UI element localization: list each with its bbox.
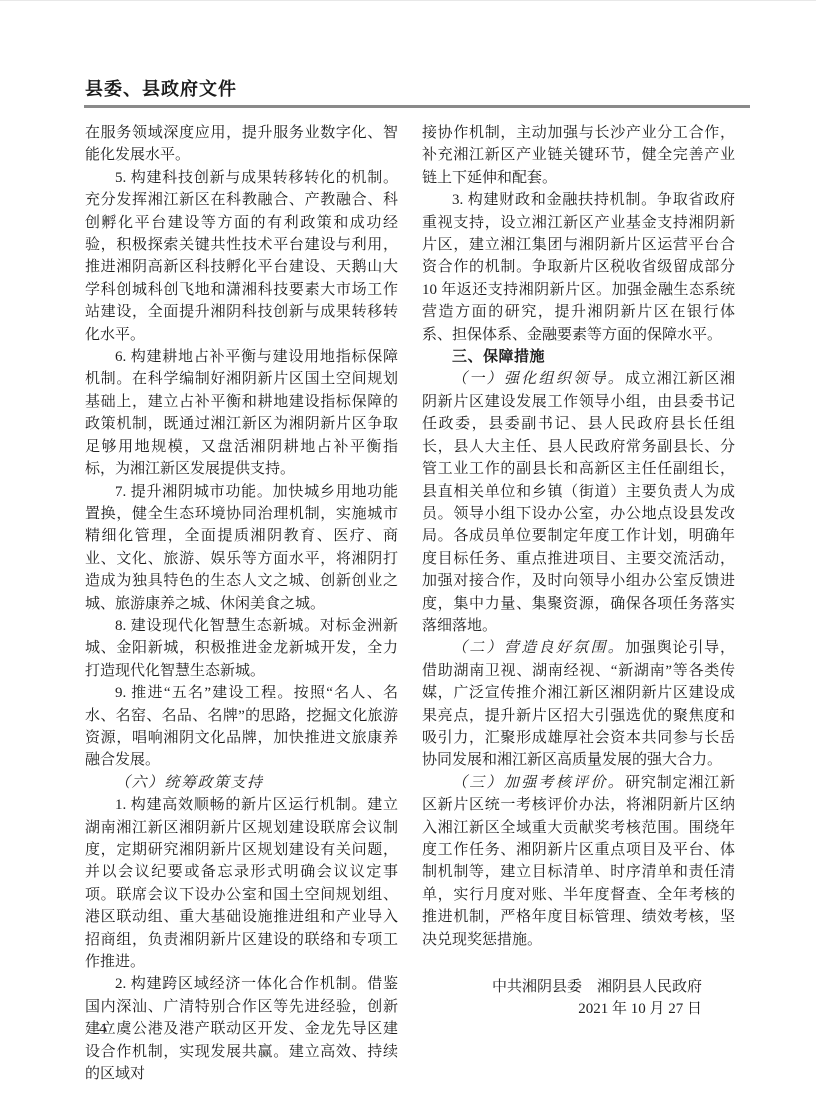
two-column-body: 在服务领域深度应用，提升服务业数字化、智能化发展水平。 5. 构建科技创新与成果… — [85, 122, 735, 1085]
paragraph: 9. 推进“五名”建设工程。按照“名人、名水、名窑、名品、名牌”的思路，挖掘文化… — [85, 682, 398, 772]
paragraph: 2. 构建跨区域经济一体化合作机制。借鉴国内深汕、广清特别合作区等先进经验，创新… — [85, 973, 398, 1085]
clause-heading: （一）强化组织领导。 — [452, 371, 625, 387]
document-page: 县委、县政府文件 在服务领域深度应用，提升服务业数字化、智能化发展水平。 5. … — [0, 0, 816, 1099]
paragraph: 3. 构建财政和金融扶持机制。争取省政府重视支持，设立湘江新区产业基金支持湘阴新… — [422, 189, 735, 346]
paragraph-continuation: 接协作机制，主动加强与长沙产业分工合作，补充湘江新区产业链关键环节，健全完善产业… — [422, 122, 735, 189]
paragraph-continuation: 在服务领域深度应用，提升服务业数字化、智能化发展水平。 — [85, 122, 398, 167]
left-column: 在服务领域深度应用，提升服务业数字化、智能化发展水平。 5. 构建科技创新与成果… — [85, 122, 398, 1085]
section-heading-bold: 三、保障措施 — [422, 346, 735, 368]
paragraph: 6. 构建耕地占补平衡与建设用地指标保障机制。在科学编制好湘阴新片区国土空间规划… — [85, 346, 398, 480]
paragraph: 5. 构建科技创新与成果转移转化的机制。充分发挥湘江新区在科教融合、产教融合、科… — [85, 167, 398, 346]
page-number: 4 — [99, 1021, 107, 1038]
paragraph: 8. 建设现代化智慧生态新城。对标金洲新城、金阳新城，积极推进金龙新城开发，全力… — [85, 615, 398, 682]
header-rule — [84, 105, 750, 108]
paragraph: （三）加强考核评价。研究制定湘江新区新片区统一考核评价办法，将湘阴新片区纳入湘江… — [422, 772, 735, 951]
section-heading-kai: （六）统筹政策支持 — [85, 772, 398, 794]
header-title: 县委、县政府文件 — [85, 75, 237, 101]
paragraph: 7. 提升湘阴城市功能。加快城乡用地功能置换，健全生态环境协同治理机制，实施城市… — [85, 481, 398, 615]
right-column: 接协作机制，主动加强与长沙产业分工合作，补充湘江新区产业链关键环节，健全完善产业… — [422, 122, 735, 1085]
signature-issuers: 中共湘阴县委 湘阴县人民政府 — [422, 976, 702, 998]
clause-body: 成立湘江新区湘阴新片区建设发展工作领导小组，由县委书记任政委，县委副书记、县人民… — [422, 371, 735, 633]
paragraph: 1. 构建高效顺畅的新片区运行机制。建立湖南湘江新区湘阴新片区规划建设联席会议制… — [85, 794, 398, 973]
clause-body: 研究制定湘江新区新片区统一考核评价办法，将湘阴新片区纳入湘江新区全域重大贡献奖考… — [422, 775, 735, 948]
signature-date: 2021 年 10 月 27 日 — [422, 998, 702, 1020]
clause-heading: （二）营造良好氛围。 — [452, 640, 625, 656]
paragraph: （一）强化组织领导。成立湘江新区湘阴新片区建设发展工作领导小组，由县委书记任政委… — [422, 368, 735, 637]
signature-block: 中共湘阴县委 湘阴县人民政府 2021 年 10 月 27 日 — [422, 976, 735, 1021]
clause-body: 加强舆论引导，借助湖南卫视、湖南经视、“新湖南”等各类传媒，广泛宣传推介湘江新区… — [422, 640, 735, 768]
clause-heading: （三）加强考核评价。 — [452, 775, 625, 791]
paragraph: （二）营造良好氛围。加强舆论引导，借助湖南卫视、湖南经视、“新湖南”等各类传媒，… — [422, 637, 735, 771]
